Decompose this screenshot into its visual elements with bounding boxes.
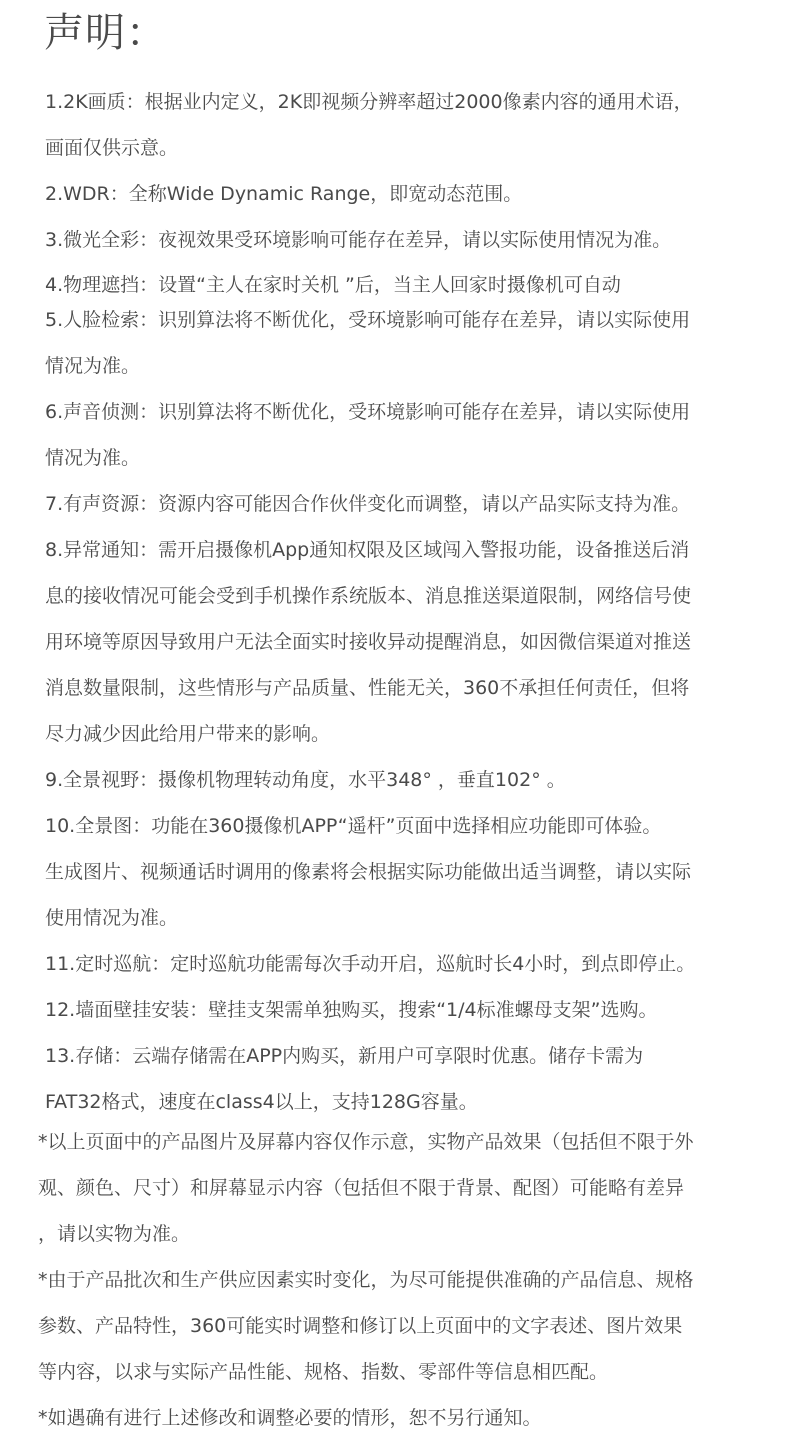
note-2-line-2: 参数、产品特性，360可能实时调整和修订以上页面中的文字表述、图片效果 — [38, 1314, 682, 1338]
note-2-line-1: *由于产品批次和生产供应因素实时变化，为尽可能提供准确的产品信息、规格 — [38, 1268, 694, 1292]
item-7-line-1: 7.有声资源：资源内容可能因合作伙伴变化而调整，请以产品实际支持为准。 — [45, 492, 690, 516]
note-1-line-1: *以上页面中的产品图片及屏幕内容仅作示意，实物产品效果（包括但不限于外 — [38, 1130, 694, 1154]
item-13-line-1: 13.存储：云端存储需在APP内购买，新用户可享限时优惠。储存卡需为 — [45, 1044, 643, 1068]
item-8-line-1: 8.异常通知：需开启摄像机App通知权限及区域闯入警报功能，设备推送后消 — [45, 538, 689, 562]
note-3-line-1: *如遇确有进行上述修改和调整必要的情形，恕不另行通知。 — [38, 1406, 542, 1430]
item-8-line-4: 消息数量限制，这些情形与产品质量、性能无关，360不承担任何责任，但将 — [45, 676, 689, 700]
item-13-line-2: FAT32格式，速度在class4以上，支持128G容量。 — [45, 1090, 478, 1114]
item-6-line-2: 情况为准。 — [45, 446, 140, 470]
item-5-line-2: 情况为准。 — [45, 354, 140, 378]
item-3-line-1: 3.微光全彩：夜视效果受环境影响可能存在差异，请以实际使用情况为准。 — [45, 228, 671, 252]
item-5-line-1: 5.人脸检索：识别算法将不断优化，受环境影响可能存在差异，请以实际使用 — [45, 308, 690, 332]
item-10-line-3: 使用情况为准。 — [45, 906, 178, 930]
item-1-line-1: 1.2K画质：根据业内定义，2K即视频分辨率超过2000像素内容的通用术语， — [45, 90, 693, 114]
note-2-line-3: 等内容，以求与实际产品性能、规格、指数、零部件等信息相匹配。 — [38, 1360, 608, 1384]
item-8-line-2: 息的接收情况可能会受到手机操作系统版本、消息推送渠道限制，网络信号使 — [45, 584, 691, 608]
item-2-line-1: 2.WDR：全称Wide Dynamic Range，即宽动态范围。 — [45, 182, 522, 206]
item-1-line-2: 画面仅供示意。 — [45, 136, 178, 160]
item-10-line-1: 10.全景图：功能在360摄像机APP“遥杆”页面中选择相应功能即可体验。 — [45, 814, 661, 838]
note-1-line-3: ，请以实物为准。 — [38, 1222, 190, 1246]
note-1-line-2: 观、颜色、尺寸）和屏幕显示内容（包括但不限于背景、配图）可能略有差异 — [38, 1176, 684, 1200]
item-6-line-1: 6.声音侦测：识别算法将不断优化，受环境影响可能存在差异，请以实际使用 — [45, 400, 690, 424]
item-9-line-1: 9.全景视野：摄像机物理转动角度，水平348° ，垂直102° 。 — [45, 768, 566, 792]
item-12-line-1: 12.墙面壁挂安装：壁挂支架需单独购买，搜索“1/4标准螺母支架”选购。 — [45, 998, 657, 1022]
page-title: 声明： — [44, 6, 167, 60]
item-8-line-3: 用环境等原因导致用户无法全面实时接收异动提醒消息，如因微信渠道对推送 — [45, 630, 691, 654]
item-11-line-1: 11.定时巡航：定时巡航功能需每次手动开启，巡航时长4小时，到点即停止。 — [45, 952, 695, 976]
item-10-line-2: 生成图片、视频通话时调用的像素将会根据实际功能做出适当调整，请以实际 — [45, 860, 691, 884]
item-4-line-1: 4.物理遮挡：设置“主人在家时关机 ”后，当主人回家时摄像机可自动 — [45, 273, 621, 297]
item-8-line-5: 尽力减少因此给用户带来的影响。 — [45, 722, 330, 746]
